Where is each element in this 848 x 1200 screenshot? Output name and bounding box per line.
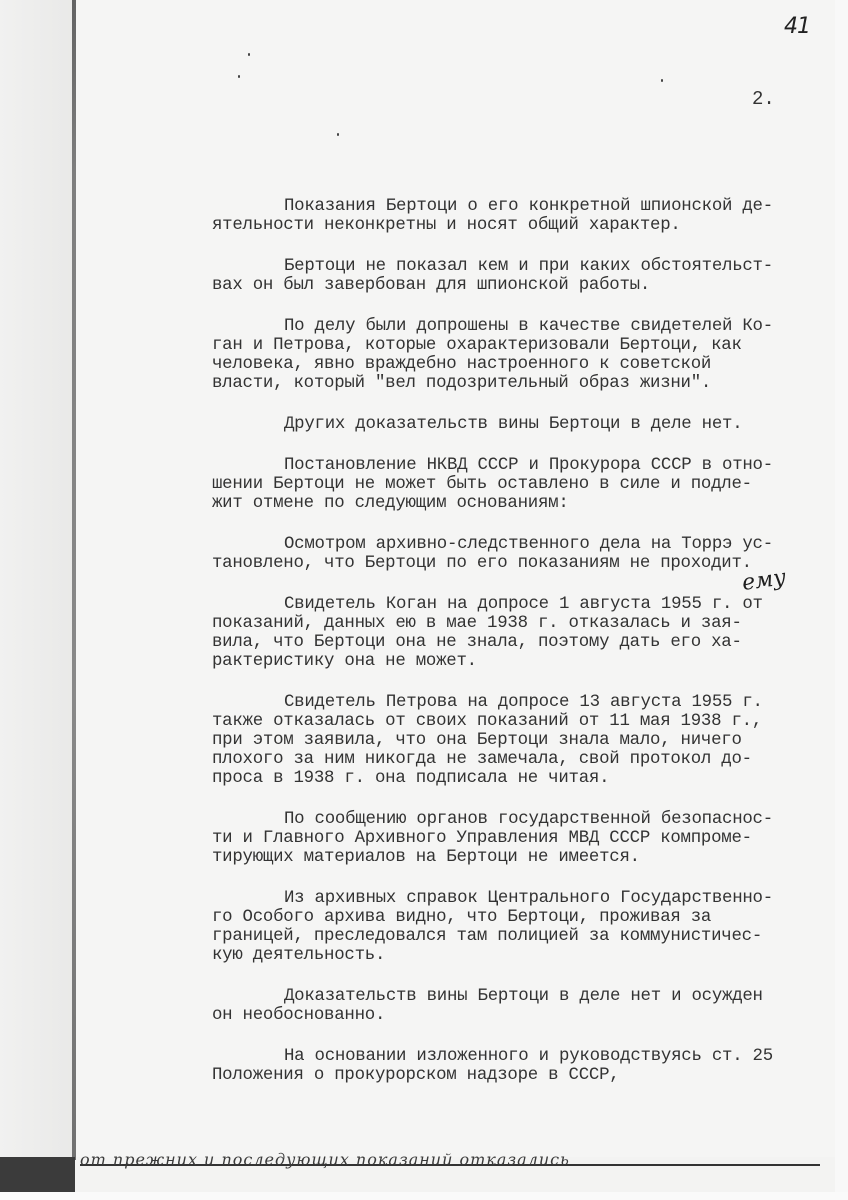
page-number: 2. bbox=[752, 88, 775, 110]
paragraph: Показания Бертоци о его конкретной шпион… bbox=[212, 197, 832, 235]
text-line: границей, преследовался там полицией за … bbox=[212, 927, 832, 946]
footer-scrawl-text: от прежних и последующих показаний отказ… bbox=[80, 1150, 820, 1174]
paragraph: По делу были допрошены в качестве свидет… bbox=[212, 317, 832, 393]
scan-bottom-edge bbox=[0, 1192, 848, 1200]
paragraph: Постановление НКВД СССР и Прокурора СССР… bbox=[212, 456, 832, 513]
text-line: Других доказательств вины Бертоци в деле… bbox=[212, 415, 832, 434]
text-line: шении Бертоци не может быть оставлено в … bbox=[212, 475, 832, 494]
text-line: жит отмене по следующим основаниям: bbox=[212, 494, 832, 513]
text-line: вила, что Бертоци она не знала, поэтому … bbox=[212, 633, 832, 652]
text-line: плохого за ним никогда не замечала, свой… bbox=[212, 750, 832, 769]
ink-speck bbox=[337, 133, 339, 136]
text-line: рактеристику она не может. bbox=[212, 652, 832, 671]
ink-speck bbox=[248, 53, 250, 56]
text-line: проса в 1938 г. она подписала не читая. bbox=[212, 769, 832, 788]
text-line: го Особого архива видно, что Бертоци, пр… bbox=[212, 908, 832, 927]
text-line: На основании изложенного и руководствуяс… bbox=[212, 1047, 832, 1066]
text-line: По сообщению органов государственной без… bbox=[212, 810, 832, 829]
text-line: Осмотром архивно-следственного дела на Т… bbox=[212, 535, 832, 554]
text-line: Показания Бертоци о его конкретной шпион… bbox=[212, 197, 832, 216]
text-line: ятельности неконкретны и носят общий хар… bbox=[212, 216, 832, 235]
paragraph: На основании изложенного и руководствуяс… bbox=[212, 1047, 832, 1085]
text-line: кую деятельность. bbox=[212, 946, 832, 965]
text-line: Доказательств вины Бертоци в деле нет и … bbox=[212, 987, 832, 1006]
page-binding-edge bbox=[72, 0, 76, 1160]
text-line: ган и Петрова, которые охарактеризовали … bbox=[212, 336, 832, 355]
scan-shadow-corner bbox=[0, 1157, 75, 1192]
text-line: Из архивных справок Центрального Государ… bbox=[212, 889, 832, 908]
paragraph: Доказательств вины Бертоци в деле нет и … bbox=[212, 987, 832, 1025]
text-line: также отказалась от своих показаний от 1… bbox=[212, 712, 832, 731]
text-line: Свидетель Петрова на допросе 13 августа … bbox=[212, 693, 832, 712]
paragraph: Осмотром архивно-следственного дела на Т… bbox=[212, 535, 832, 573]
text-line: тановлено, что Бертоци по его показаниям… bbox=[212, 554, 832, 573]
text-line: Бертоци не показал кем и при каких обсто… bbox=[212, 257, 832, 276]
folio-number: 41 bbox=[784, 14, 810, 39]
text-line: ти и Главного Архивного Управления МВД С… bbox=[212, 829, 832, 848]
adjacent-page-margin bbox=[0, 0, 74, 1200]
paragraph: Из архивных справок Центрального Государ… bbox=[212, 889, 832, 965]
text-line: тирующих материалов на Бертоци не имеетс… bbox=[212, 848, 832, 867]
paragraph: Свидетель Петрова на допросе 13 августа … bbox=[212, 693, 832, 788]
text-line: власти, который "вел подозрительный обра… bbox=[212, 374, 832, 393]
text-line: Постановление НКВД СССР и Прокурора СССР… bbox=[212, 456, 832, 475]
paragraph: Бертоци не показал кем и при каких обсто… bbox=[212, 257, 832, 295]
text-line: он необоснованно. bbox=[212, 1006, 832, 1025]
paragraph: Других доказательств вины Бертоци в деле… bbox=[212, 415, 832, 434]
paragraph: Свидетель Коган на допросе 1 августа 195… bbox=[212, 595, 832, 671]
text-line: вах он был завербован для шпионской рабо… bbox=[212, 276, 832, 295]
text-line: человека, явно враждебно настроенного к … bbox=[212, 355, 832, 374]
handwritten-footer-note: от прежних и последующих показаний отказ… bbox=[80, 1150, 820, 1174]
ink-speck bbox=[661, 79, 663, 82]
text-line: при этом заявила, что она Бертоци знала … bbox=[212, 731, 832, 750]
text-line: показаний, данных ею в мае 1938 г. отказ… bbox=[212, 614, 832, 633]
page-right-edge bbox=[835, 0, 848, 1200]
ink-speck bbox=[238, 75, 240, 78]
paragraph: По сообщению органов государственной без… bbox=[212, 810, 832, 867]
document-body: Показания Бертоци о его конкретной шпион… bbox=[212, 197, 832, 1107]
text-line: Положения о прокурорском надзоре в СССР, bbox=[212, 1066, 832, 1085]
text-line: Свидетель Коган на допросе 1 августа 195… bbox=[212, 595, 832, 614]
text-line: По делу были допрошены в качестве свидет… bbox=[212, 317, 832, 336]
